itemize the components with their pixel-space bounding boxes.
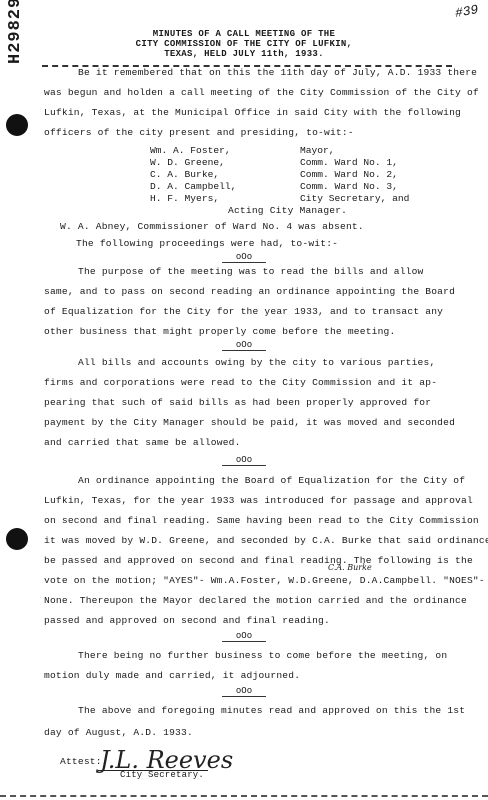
ordinance-line: An ordinance appointing the Board of Equ… (78, 475, 465, 486)
punch-hole (6, 528, 28, 550)
officer-name: H. F. Myers, (150, 193, 219, 204)
ordinance-line: on second and final reading. Same having… (44, 515, 479, 526)
title-line-2: CITY COMMISSION OF THE CITY OF LUFKIN, (0, 40, 488, 49)
intro-line: officers of the city present and presidi… (44, 127, 354, 138)
purpose-line: same, and to pass on second reading an o… (44, 286, 455, 297)
officer-title: City Secretary, and (300, 193, 409, 204)
intro-line: Be it remembered that on this the 11th d… (78, 67, 477, 78)
purpose-line: The purpose of the meeting was to read t… (78, 266, 424, 277)
title-line-1: MINUTES OF A CALL MEETING OF THE (0, 30, 488, 39)
bills-line: pearing that such of said bills as had b… (44, 397, 431, 408)
signatory-title: City Secretary. (120, 770, 204, 780)
ordinance-line: Lufkin, Texas, for the year 1933 was int… (44, 495, 473, 506)
ordinance-line: it was moved by W.D. Greene, and seconde… (44, 535, 488, 546)
adjourn-line: motion duly made and carried, it adjourn… (44, 670, 300, 681)
intro-line: was begun and holden a call meeting of t… (44, 87, 479, 98)
punch-hole (6, 114, 28, 136)
attest-label: Attest: (60, 756, 102, 767)
separator: oOo (0, 252, 488, 262)
officer-title: Comm. Ward No. 2, (300, 169, 398, 180)
bills-line: and carried that same be allowed. (44, 437, 241, 448)
approval-line: day of August, A.D. 1933. (44, 727, 193, 738)
page-number: #39 (453, 2, 479, 21)
separator: oOo (0, 631, 488, 641)
officer-name: W. D. Greene, (150, 157, 225, 168)
bills-line: All bills and accounts owing by the city… (78, 357, 435, 368)
intro-line: Lufkin, Texas, at the Municipal Office i… (44, 107, 461, 118)
officer-title: Comm. Ward No. 3, (300, 181, 398, 192)
proceedings-intro: The following proceedings were had, to-w… (76, 238, 338, 249)
officer-title: Comm. Ward No. 1, (300, 157, 398, 168)
scan-edge (0, 795, 488, 800)
purpose-line: of Equalization for the City for the yea… (44, 306, 443, 317)
purpose-line: other business that might properly come … (44, 326, 395, 337)
bills-line: firms and corporations were read to the … (44, 377, 437, 388)
ordinance-line: be passed and approved on second and fin… (44, 555, 473, 566)
officer-name: C. A. Burke, (150, 169, 219, 180)
approval-line: The above and foregoing minutes read and… (78, 705, 465, 716)
ordinance-line: vote on the motion; "AYES"- Wm.A.Foster,… (44, 575, 485, 586)
separator: oOo (0, 455, 488, 465)
separator: oOo (0, 340, 488, 350)
officer-title: Mayor, (300, 145, 335, 156)
officer-name: Wm. A. Foster, (150, 145, 231, 156)
acting-manager: Acting City Manager. (228, 205, 347, 216)
handwritten-insert: C.A. Burke (328, 563, 372, 572)
bills-line: payment by the City Manager should be pa… (44, 417, 455, 428)
ordinance-line: None. Thereupon the Mayor declared the m… (44, 595, 467, 606)
ordinance-line: passed and approved on second and final … (44, 615, 330, 626)
adjourn-line: There being no further business to come … (78, 650, 447, 661)
officer-name: D. A. Campbell, (150, 181, 236, 192)
title-line-3: TEXAS, HELD JULY 11th, 1933. (0, 50, 488, 59)
separator: oOo (0, 686, 488, 696)
absent-line: W. A. Abney, Commissioner of Ward No. 4 … (60, 221, 364, 232)
